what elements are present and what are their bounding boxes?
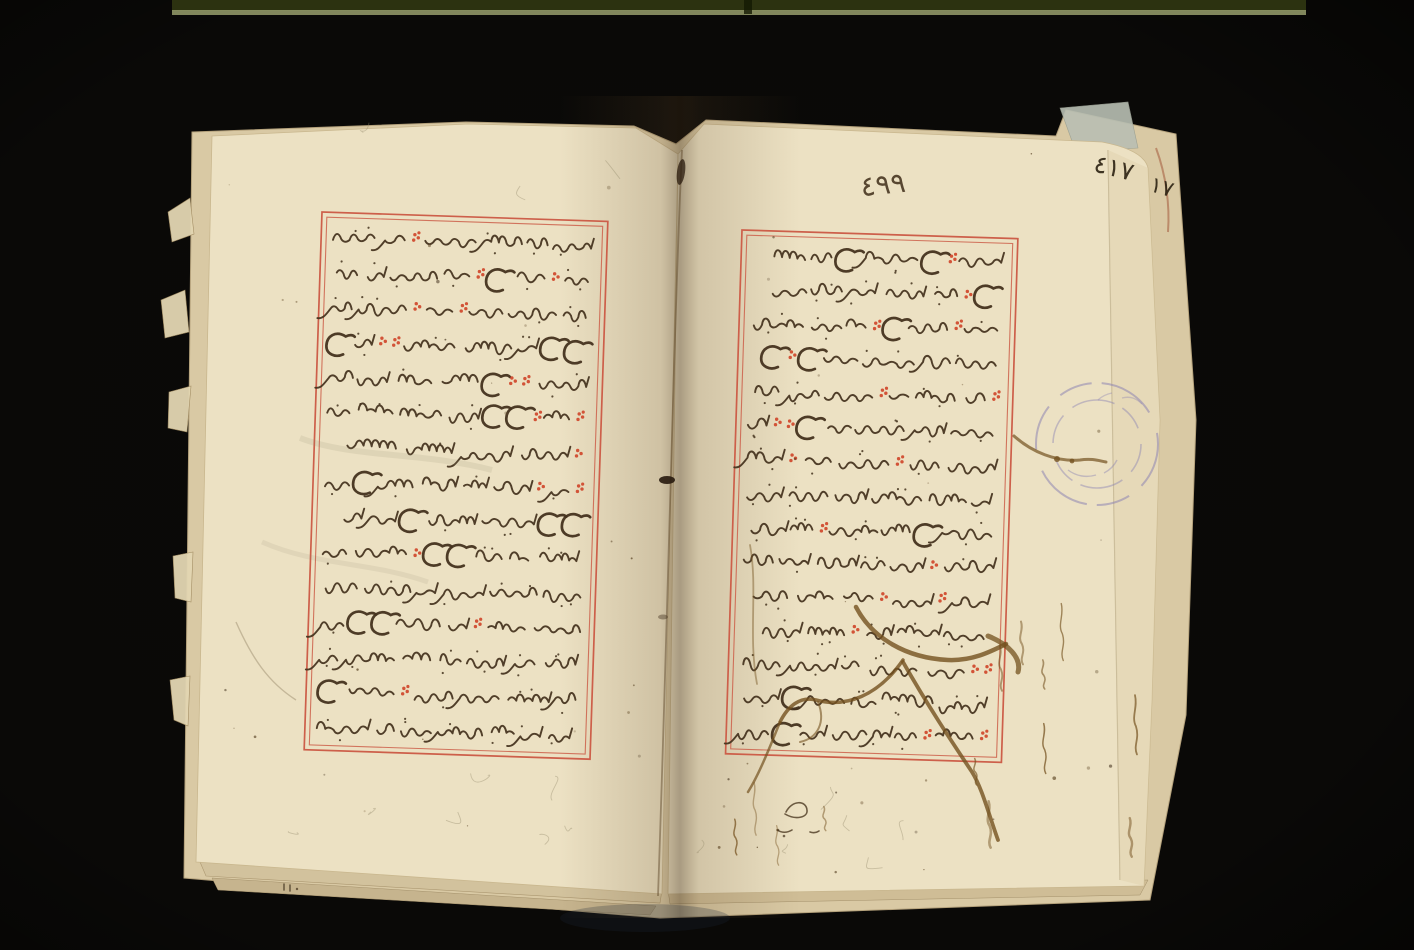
manuscript-book: ٤٩٩ ٤١٧ ١٧ — [161, 96, 1196, 918]
manuscript-photo: ٤٩٩ ٤١٧ ١٧ — [0, 0, 1414, 950]
floor-smudge — [560, 904, 730, 932]
binding-thread — [659, 476, 675, 484]
table-edge — [172, 0, 1306, 15]
table-edge-seam — [744, 0, 752, 14]
folio-number: ٤٩٩ — [859, 166, 907, 204]
